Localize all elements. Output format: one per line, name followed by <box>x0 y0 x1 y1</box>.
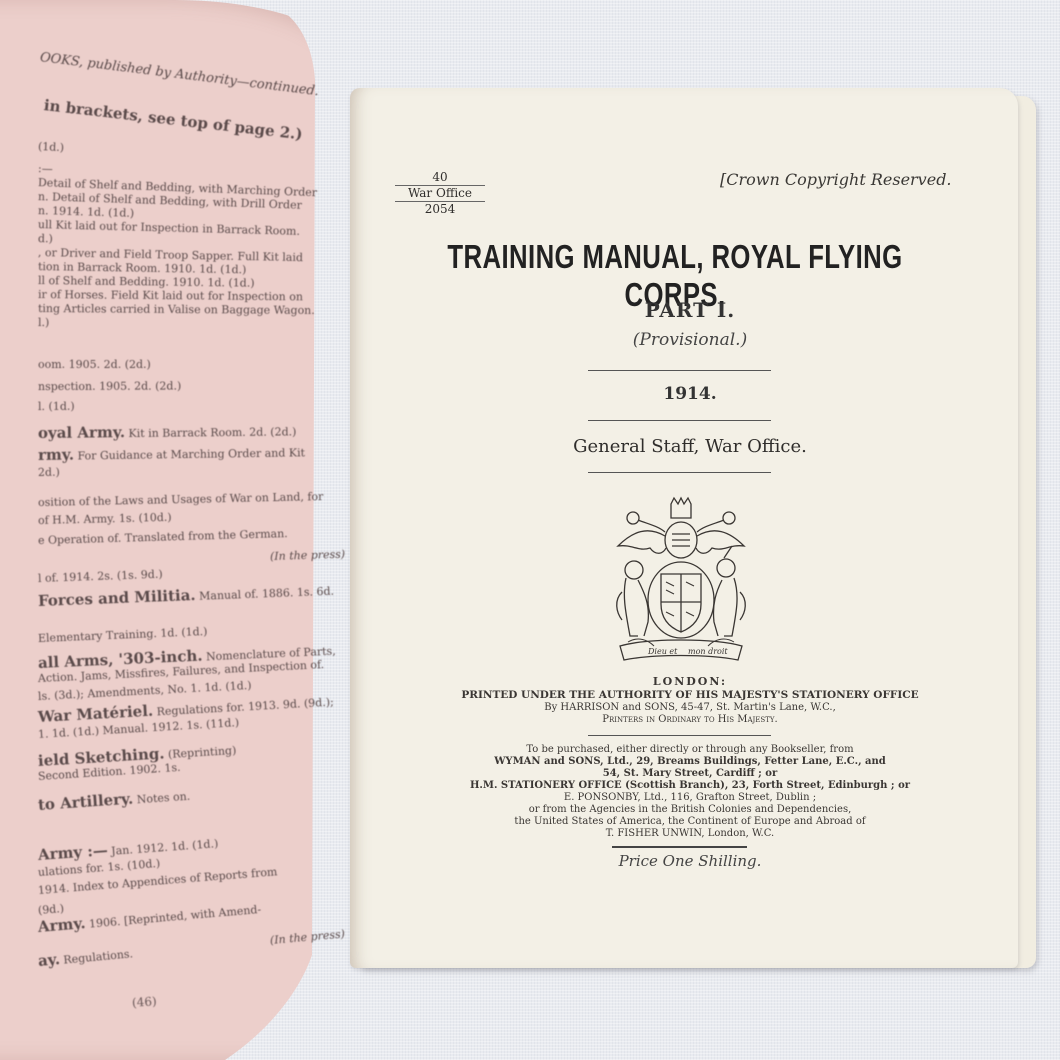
publisher-printer-title: Printers in Ordinary to His Majesty. <box>400 714 980 727</box>
catalog-line: oyal Army. Kit in Barrack Room. 2d. (2d.… <box>38 421 297 442</box>
price-line: Price One Shilling. <box>520 852 860 870</box>
copyright-notice: [Crown Copyright Reserved. <box>720 170 952 189</box>
divider-rule <box>612 846 747 848</box>
catalog-line: :— <box>38 162 53 176</box>
catalog-entry-detail: osition of the Laws and Usages of War on… <box>38 490 324 509</box>
catalog-entry-title: to Artillery. <box>37 790 133 814</box>
catalog-entry-detail: Regulations for. 1913. 9d. (9d.); <box>153 695 334 718</box>
catalog-entry-detail: Kit in Barrack Room. 2d. (2d.) <box>125 425 297 440</box>
purchase-line-3: 54, St. Mary Street, Cardiff ; or <box>400 768 980 781</box>
purchase-line-2: WYMAN and SONS, Ltd., 29, Breams Buildin… <box>400 756 980 769</box>
catalog-entry-title: oyal Army. <box>38 423 125 442</box>
catalog-entry-detail: oom. 1905. 2d. (2d.) <box>38 358 151 371</box>
publisher-authority-line: PRINTED UNDER THE AUTHORITY OF HIS MAJES… <box>400 689 980 702</box>
catalog-entry-detail: (9d.) <box>37 902 64 917</box>
left-page-header: OOKS, published by Authority—continued. <box>39 50 320 99</box>
catalog-entry-detail: 2d.) <box>38 466 60 479</box>
reference-office: War Office <box>395 185 485 202</box>
purchase-line-1: To be purchased, either directly or thro… <box>400 744 980 757</box>
catalog-entry-detail: l of. 1914. 2s. (1s. 9d.) <box>38 568 163 585</box>
publication-year: 1914. <box>520 384 860 404</box>
catalog-entry-detail: ir of Horses. Field Kit laid out for Ins… <box>38 288 303 303</box>
catalog-line: Army. 1906. [Reprinted, with Amend- <box>37 899 261 936</box>
catalog-entry-detail: Jan. 1912. 1d. (1d.) <box>107 837 218 858</box>
catalog-line: l of. 1914. 2s. (1s. 9d.) <box>38 568 163 585</box>
catalog-entry-title: Forces and Militia. <box>38 586 196 610</box>
purchase-line-5: E. PONSONBY, Ltd., 116, Grafton Street, … <box>400 792 980 805</box>
svg-text:Dieu et: Dieu et <box>647 647 678 656</box>
catalog-entry-detail: (Reprinting) <box>164 744 237 761</box>
divider-rule <box>588 420 771 421</box>
catalog-entry-title: ay. <box>37 950 61 970</box>
catalog-line: rmy. For Guidance at Marching Order and … <box>38 442 305 464</box>
catalog-entry-detail: :— <box>38 162 53 176</box>
catalog-line: (In the press) <box>270 548 345 563</box>
divider-rule <box>588 472 771 473</box>
catalog-line: ay. Regulations. <box>37 943 133 970</box>
royal-coat-of-arms-icon: Dieu et mon droit <box>608 496 754 668</box>
catalog-line: Forces and Militia. Manual of. 1886. 1s.… <box>38 581 335 610</box>
catalog-entry-title: Army. <box>37 914 86 936</box>
catalog-line: l. (1d.) <box>38 400 75 413</box>
part-number: PART I. <box>520 298 860 322</box>
catalog-entry-detail: e Operation of. Translated from the Germ… <box>38 527 288 547</box>
catalog-line: (In the press) <box>269 927 345 947</box>
catalog-entry-detail: (1d.) <box>38 140 65 154</box>
purchase-line-7: the United States of America, the Contin… <box>400 816 980 829</box>
left-page-number: (46) <box>132 994 158 1010</box>
catalog-entry-detail: l.) <box>38 316 49 329</box>
catalog-entry-detail: (In the press) <box>270 548 345 563</box>
reference-number: 40 <box>395 170 485 185</box>
catalog-line: (9d.) <box>37 902 64 917</box>
catalog-line: 2d.) <box>38 466 60 479</box>
purchase-line-8: T. FISHER UNWIN, London, W.C. <box>400 828 980 841</box>
catalog-entry-detail: d.) <box>38 232 53 245</box>
catalog-line: osition of the Laws and Usages of War on… <box>38 490 324 509</box>
catalog-line: l.) <box>38 316 49 329</box>
catalog-entry-detail: nspection. 1905. 2d. (2d.) <box>38 380 181 393</box>
catalog-entry-detail: ting Articles carried in Valise on Bagga… <box>38 302 315 317</box>
war-office-reference: 40 War Office 2054 <box>395 170 485 217</box>
author-line: General Staff, War Office. <box>500 436 880 457</box>
left-page-text: OOKS, published by Authority—continued. … <box>40 0 370 1060</box>
catalog-line: of H.M. Army. 1s. (10d.) <box>38 511 172 527</box>
catalog-entry-detail: Regulations. <box>59 947 133 967</box>
catalog-line: Elementary Training. 1d. (1d.) <box>38 625 208 645</box>
catalog-line: (1d.) <box>38 140 65 154</box>
divider-rule <box>588 735 771 736</box>
catalog-entry-detail: l. (1d.) <box>38 400 75 413</box>
catalog-entry-detail: (In the press) <box>269 927 345 947</box>
provisional-label: (Provisional.) <box>520 330 860 350</box>
purchase-line-6: or from the Agencies in the British Colo… <box>400 804 980 817</box>
catalog-line: e Operation of. Translated from the Germ… <box>38 527 288 547</box>
left-page-subheader: in brackets, see top of page 2.) <box>43 96 303 143</box>
catalog-line: oom. 1905. 2d. (2d.) <box>38 358 151 371</box>
catalog-entry-detail: Notes on. <box>133 790 191 807</box>
catalog-line: d.) <box>38 232 53 245</box>
catalog-entry-title: rmy. <box>38 445 74 464</box>
publisher-printer-line: By HARRISON and SONS, 45-47, St. Martin'… <box>400 702 980 715</box>
catalog-line: nspection. 1905. 2d. (2d.) <box>38 380 181 393</box>
svg-text:mon droit: mon droit <box>688 647 728 656</box>
catalog-entry-detail: 1906. [Reprinted, with Amend- <box>85 903 262 931</box>
catalog-line: ull Kit laid out for Inspection in Barra… <box>38 218 300 238</box>
divider-rule <box>588 370 771 371</box>
catalog-entry-detail: ull Kit laid out for Inspection in Barra… <box>38 218 300 238</box>
catalog-line: to Artillery. Notes on. <box>37 786 190 814</box>
catalog-entry-detail: Elementary Training. 1d. (1d.) <box>38 625 208 645</box>
catalog-entry-detail: Manual of. 1886. 1s. 6d. <box>195 585 334 603</box>
reference-code: 2054 <box>395 202 485 217</box>
catalog-entry-detail: of H.M. Army. 1s. (10d.) <box>38 511 172 527</box>
catalog-entry-detail: For Guidance at Marching Order and Kit <box>74 446 305 462</box>
catalog-line: ir of Horses. Field Kit laid out for Ins… <box>38 288 303 303</box>
purchase-line-4: H.M. STATIONERY OFFICE (Scottish Branch)… <box>400 780 980 793</box>
publisher-city: LONDON: <box>400 676 980 689</box>
catalog-line: ting Articles carried in Valise on Bagga… <box>38 302 315 317</box>
